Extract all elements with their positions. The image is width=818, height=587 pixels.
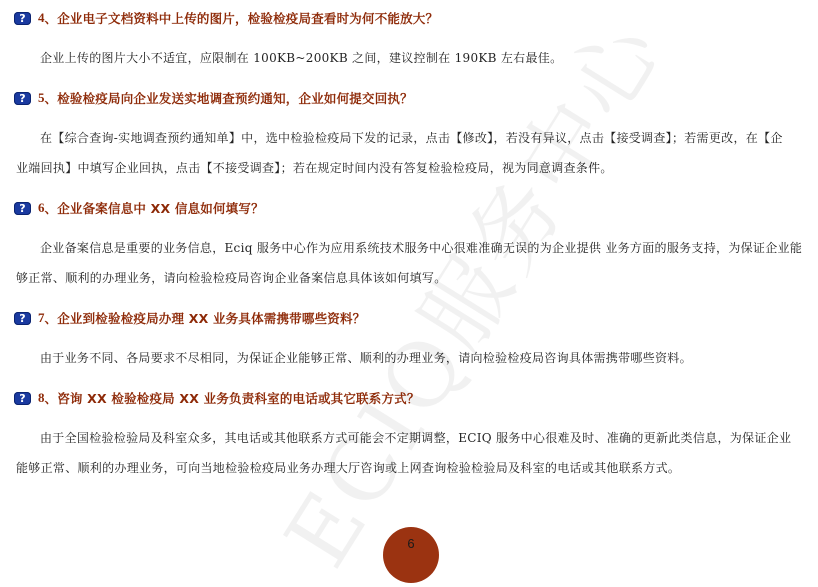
faq-question-5: ? 5 、检验检疫局向企业发送实地调查预约通知，企业如何提交回执？ [14, 88, 413, 108]
faq-answer-7-line-1: 由于业务不同、各局要求不尽相同，为保证企业能够正常、顺利的办理业务，请向检验检疫… [40, 349, 692, 367]
question-text: 、企业到检验检疫局办理 XX 业务具体需携带哪些资料？ [45, 309, 366, 327]
document-page: ECIQ服务中心 ? 4 、企业电子文档资料中上传的图片，检验检疫局查看时为何不… [0, 0, 818, 587]
faq-question-6: ? 6 、企业备案信息中 XX 信息如何填写？ [14, 198, 264, 218]
question-mark-icon: ? [14, 392, 31, 405]
faq-question-7: ? 7 、企业到检验检疫局办理 XX 业务具体需携带哪些资料？ [14, 308, 365, 328]
page-number-badge: 6 [383, 527, 439, 583]
page-number: 6 [383, 536, 439, 551]
faq-answer-8-line-2: 能够正常、顺利的办理业务，可向当地检验检疫局业务办理大厅咨询或上网查询检验检验局… [16, 459, 680, 477]
question-text: 、企业电子文档资料中上传的图片，检验检疫局查看时为何不能放大？ [45, 9, 439, 27]
faq-answer-6-line-2: 够正常、顺利的办理业务，请向检验检疫局咨询企业备案信息具体该如何填写。 [16, 269, 447, 287]
question-mark-icon: ? [14, 202, 31, 215]
faq-answer-8-line-1: 由于全国检验检验局及科室众多，其电话或其他联系方式可能会不定期调整，ECIQ 服… [40, 429, 791, 447]
question-text: 、企业备案信息中 XX 信息如何填写？ [45, 199, 264, 217]
question-text: 、检验检疫局向企业发送实地调查预约通知，企业如何提交回执？ [45, 89, 413, 107]
question-mark-icon: ? [14, 92, 31, 105]
faq-question-8: ? 8 、咨询 XX 检验检疫局 XX 业务负责科室的电话或其它联系方式？ [14, 388, 420, 408]
faq-answer-5-line-2: 业端回执】中填写企业回执，点击【不接受调查】；若在规定时间内没有答复检验检疫局，… [16, 159, 613, 177]
faq-question-4: ? 4 、企业电子文档资料中上传的图片，检验检疫局查看时为何不能放大？ [14, 8, 438, 28]
faq-answer-4-line-1: 企业上传的图片大小不适宜，应限制在 100KB~200KB 之间，建议控制在 1… [40, 49, 562, 67]
faq-answer-6-line-1: 企业备案信息是重要的业务信息，Eciq 服务中心作为应用系统技术服务中心很难准确… [40, 239, 802, 257]
question-mark-icon: ? [14, 12, 31, 25]
faq-answer-5-line-1: 在【综合查询-实地调查预约通知单】中，选中检验检疫局下发的记录，点击【修改】，若… [40, 129, 783, 147]
question-text: 、咨询 XX 检验检疫局 XX 业务负责科室的电话或其它联系方式？ [45, 389, 420, 407]
question-mark-icon: ? [14, 312, 31, 325]
